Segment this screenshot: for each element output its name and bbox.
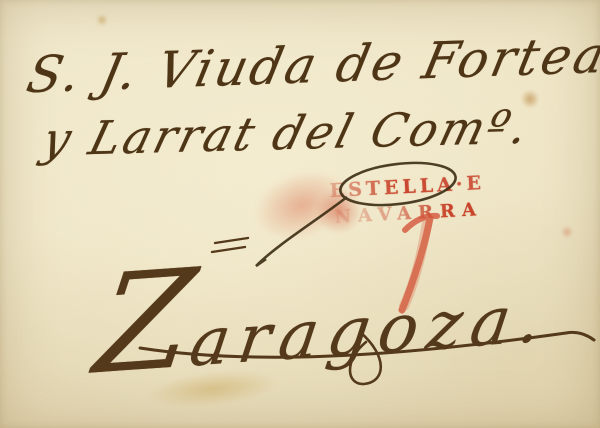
- ink-flourish-overlay: 7: [0, 0, 600, 428]
- letter-cover: ESTELLA·E NAVARRA S. J. Viuda de Fortea …: [0, 0, 600, 428]
- zaragoza-underline-flourish: [140, 238, 594, 384]
